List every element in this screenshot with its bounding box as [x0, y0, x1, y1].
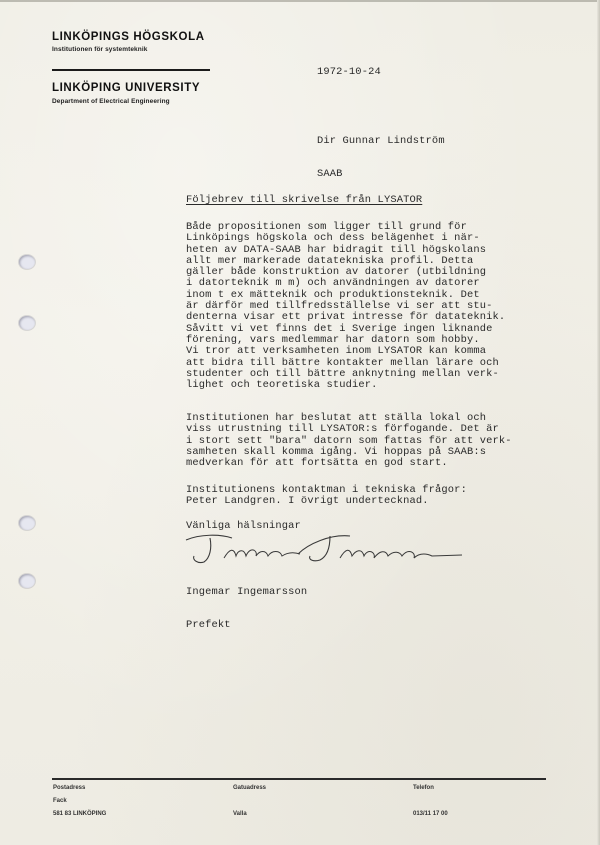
body-line: lighet och teoretiska studier.	[186, 380, 505, 391]
letterhead-english-name: LINKÖPING UNIVERSITY	[52, 82, 200, 94]
page-top-edge	[0, 0, 600, 2]
footer-phone-value: 013/11 17 00	[413, 811, 448, 817]
body-line: denterna visar ett privat intresse för d…	[186, 312, 505, 323]
letterhead-swedish-name: LINKÖPINGS HÖGSKOLA	[52, 31, 205, 43]
footer-postal-label: Postadress	[53, 785, 85, 791]
letterhead-swedish-department: Institutionen för systemteknik	[52, 46, 147, 53]
letterhead-english-department: Department of Electrical Engineering	[52, 98, 170, 105]
recipient-address: Dir Gunnar Lindström SAAB	[317, 113, 445, 203]
body-line: Linköpings högskola och dess belägenhet …	[186, 233, 505, 244]
footer-divider	[52, 778, 546, 780]
footer-phone-label: Telefon	[413, 785, 434, 791]
footer-postal-line1: Fack	[53, 798, 67, 804]
body-line: Vi tror att verksamheten inom LYSATOR ka…	[186, 346, 505, 357]
body-line: viss utrustning till LYSATOR:s förfogand…	[186, 424, 512, 435]
punch-hole-icon	[19, 255, 35, 269]
signer-title: Prefekt	[186, 620, 307, 631]
punch-hole-icon	[19, 316, 35, 330]
letterhead-divider	[52, 69, 210, 71]
footer-postal-line2: 581 83 LINKÖPING	[53, 811, 106, 817]
recipient-line: SAAB	[317, 169, 445, 180]
body-line: Peter Landgren. I övrigt undertecknad.	[186, 496, 467, 507]
punch-hole-icon	[19, 574, 35, 588]
signer-block: Ingemar Ingemarsson Prefekt	[186, 564, 307, 654]
punch-hole-icon	[19, 516, 35, 530]
footer-street-value: Valla	[233, 811, 247, 817]
letter-subject: Följebrev till skrivelse från LYSATOR	[186, 195, 422, 206]
signer-name: Ingemar Ingemarsson	[186, 587, 307, 598]
letter-date: 1972-10-24	[317, 67, 381, 78]
body-paragraph-3: Institutionens kontaktman i tekniska frå…	[186, 485, 467, 508]
body-line: medverkan för att fortsätta en god start…	[186, 458, 512, 469]
body-paragraph-1: Både propositionen som ligger till grund…	[186, 222, 505, 391]
letter-page: LINKÖPINGS HÖGSKOLA Institutionen för sy…	[0, 0, 600, 845]
handwritten-signature	[180, 530, 470, 566]
footer-street-label: Gatuadress	[233, 785, 266, 791]
recipient-line: Dir Gunnar Lindström	[317, 136, 445, 147]
body-paragraph-2: Institutionen har beslutat att ställa lo…	[186, 413, 512, 469]
